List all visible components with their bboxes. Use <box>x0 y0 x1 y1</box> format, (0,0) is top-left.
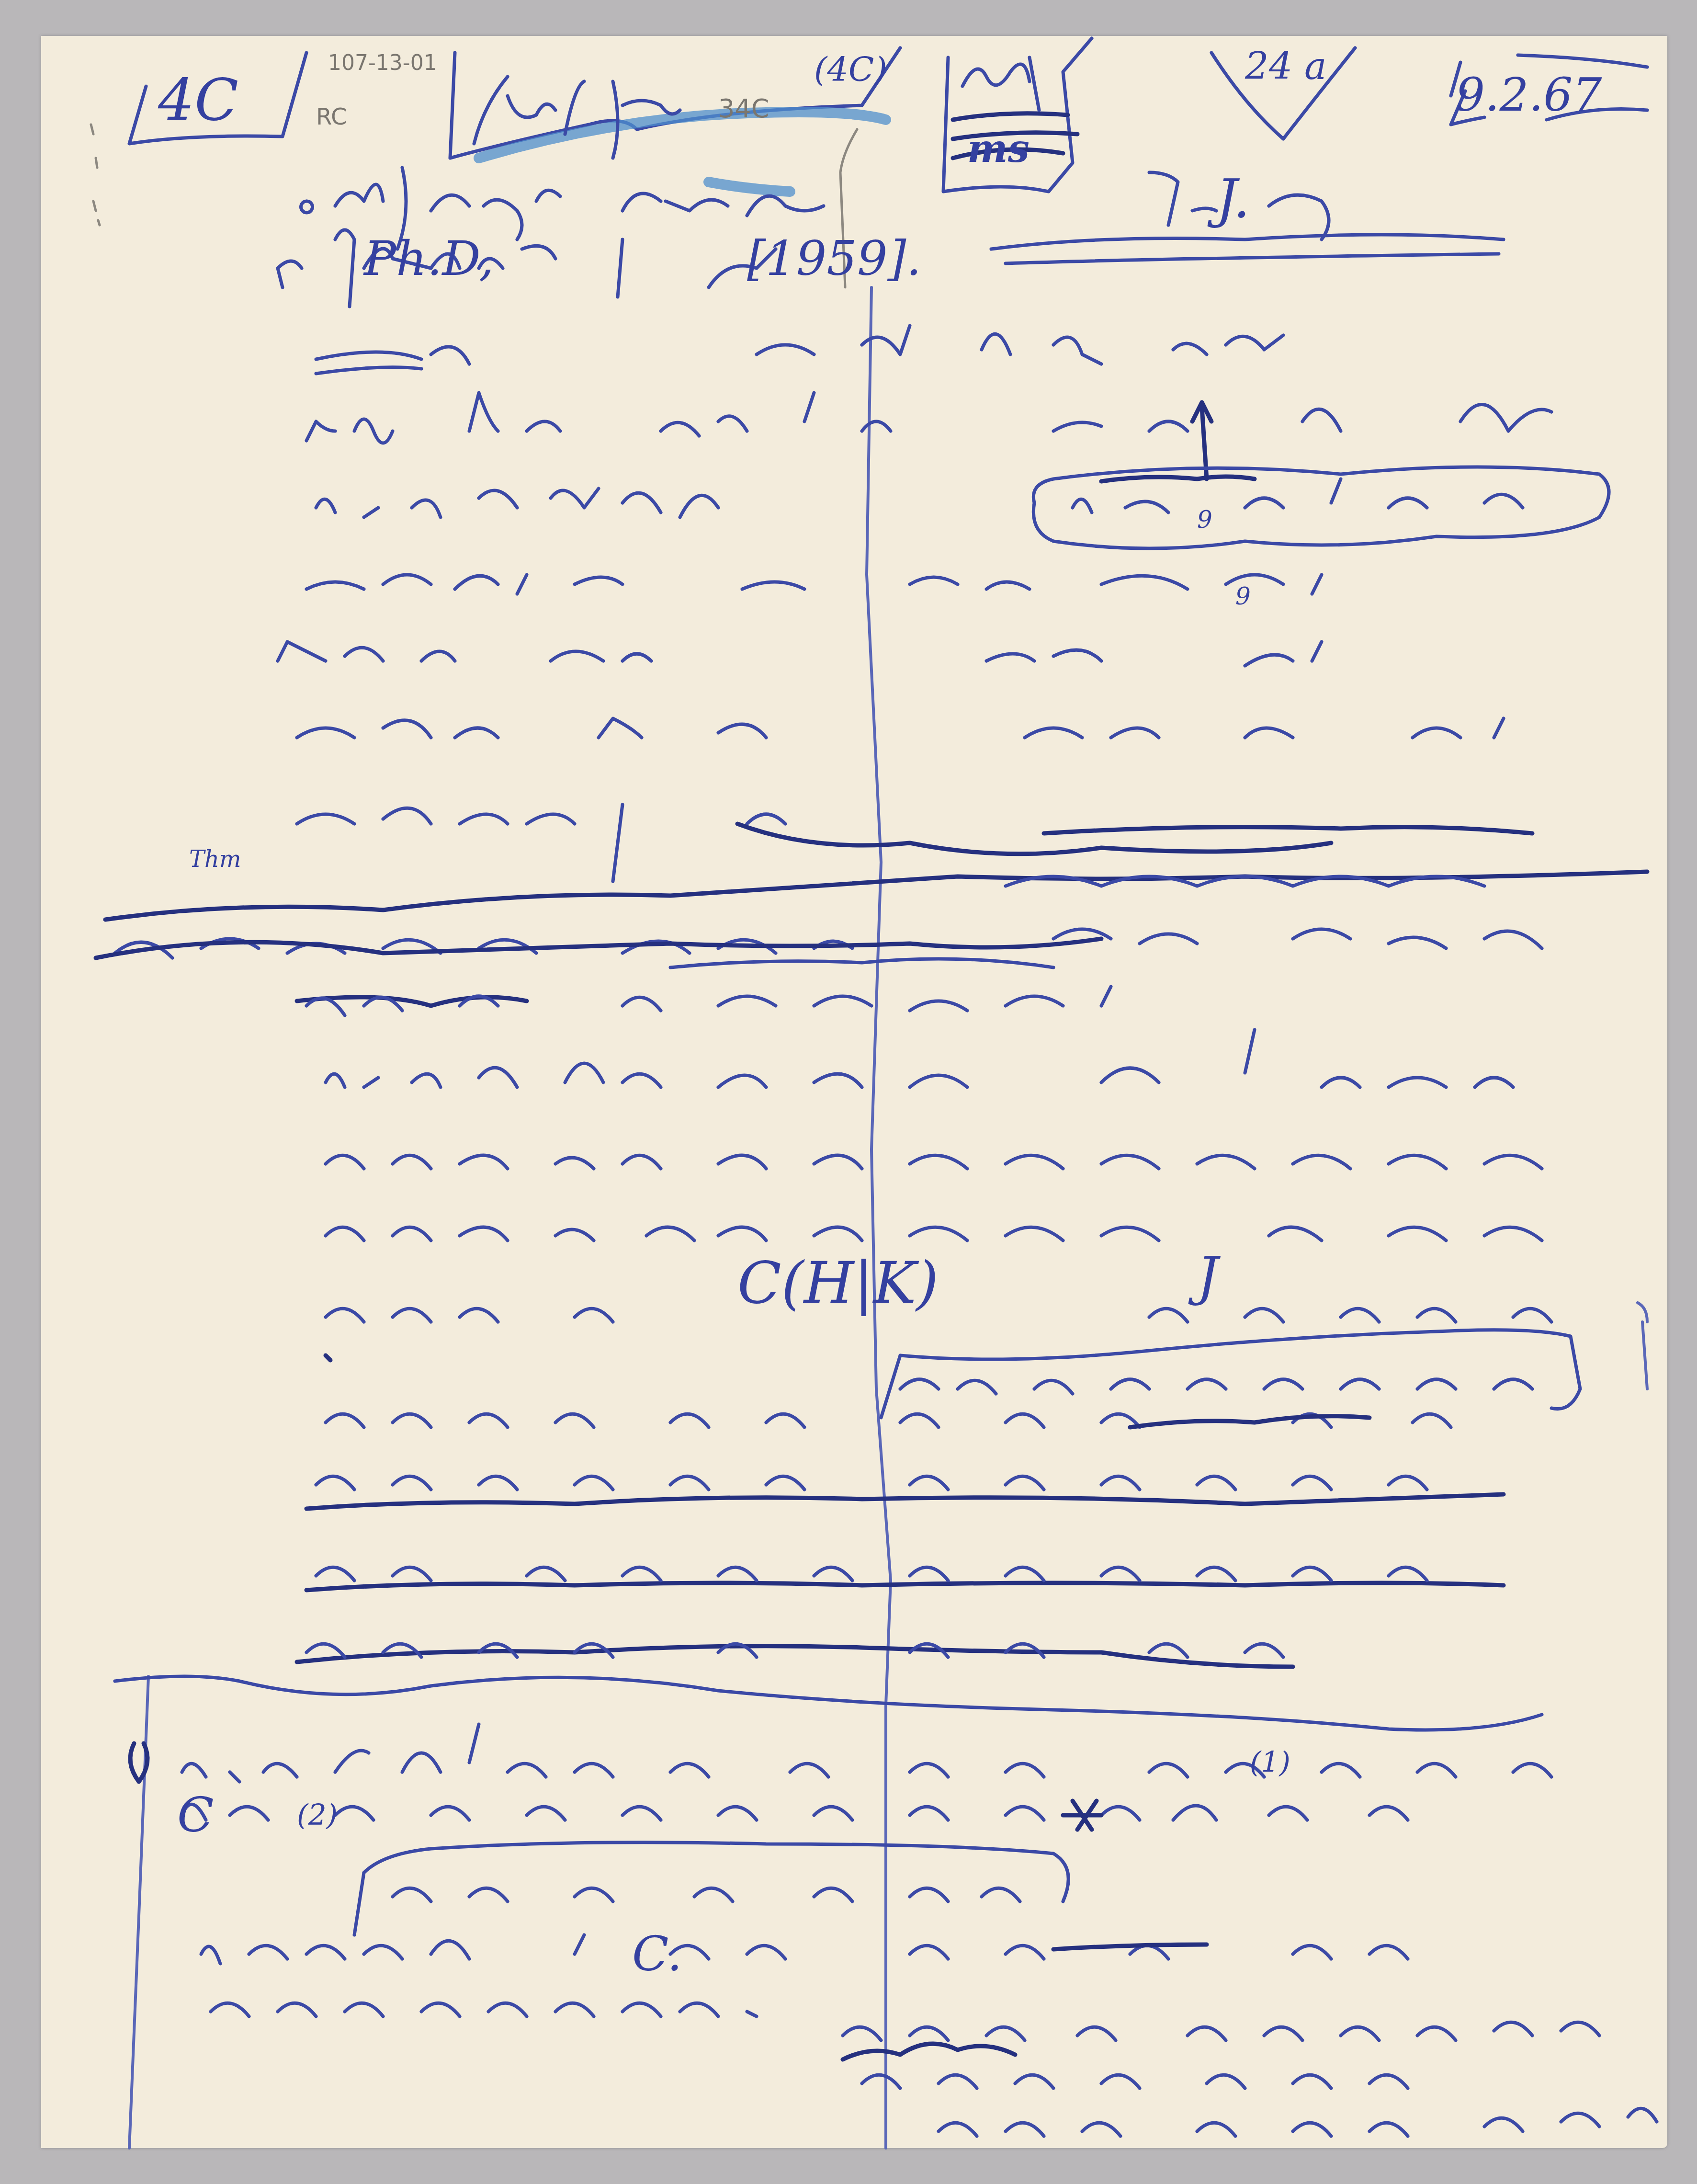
fragment-initial-j: J. <box>1216 172 1250 225</box>
title-box-pencil-note: 34C <box>718 96 769 122</box>
middle-box-bottom: ms <box>967 129 1030 168</box>
fragment-c-bottom: C <box>177 1791 214 1839</box>
section-box-label: 4C <box>158 72 238 129</box>
archive-initials: RC <box>316 105 347 128</box>
enum-1: (1) <box>1250 1748 1290 1777</box>
fragment-c-dot: C. <box>632 1930 682 1978</box>
margin-note-thm: Thm <box>189 848 241 871</box>
formula-j: J <box>1197 1250 1218 1303</box>
superscript-9-a: 9 <box>1197 508 1212 532</box>
handwriting-strokes <box>0 0 1697 2184</box>
fragment-year: [1959]. <box>747 235 921 283</box>
superscript-9-b: 9 <box>1235 584 1251 608</box>
archive-number: 107-13-01 <box>328 53 437 74</box>
fragment-phd: Ph.D, <box>364 235 494 283</box>
formula-c-h-k: C(H|K) <box>737 1255 939 1312</box>
title-box-number: (4C) <box>814 53 887 86</box>
triangle-label: 24 a <box>1245 48 1327 85</box>
date: 9.2.67 <box>1456 72 1602 118</box>
enum-2: (2) <box>297 1801 338 1830</box>
